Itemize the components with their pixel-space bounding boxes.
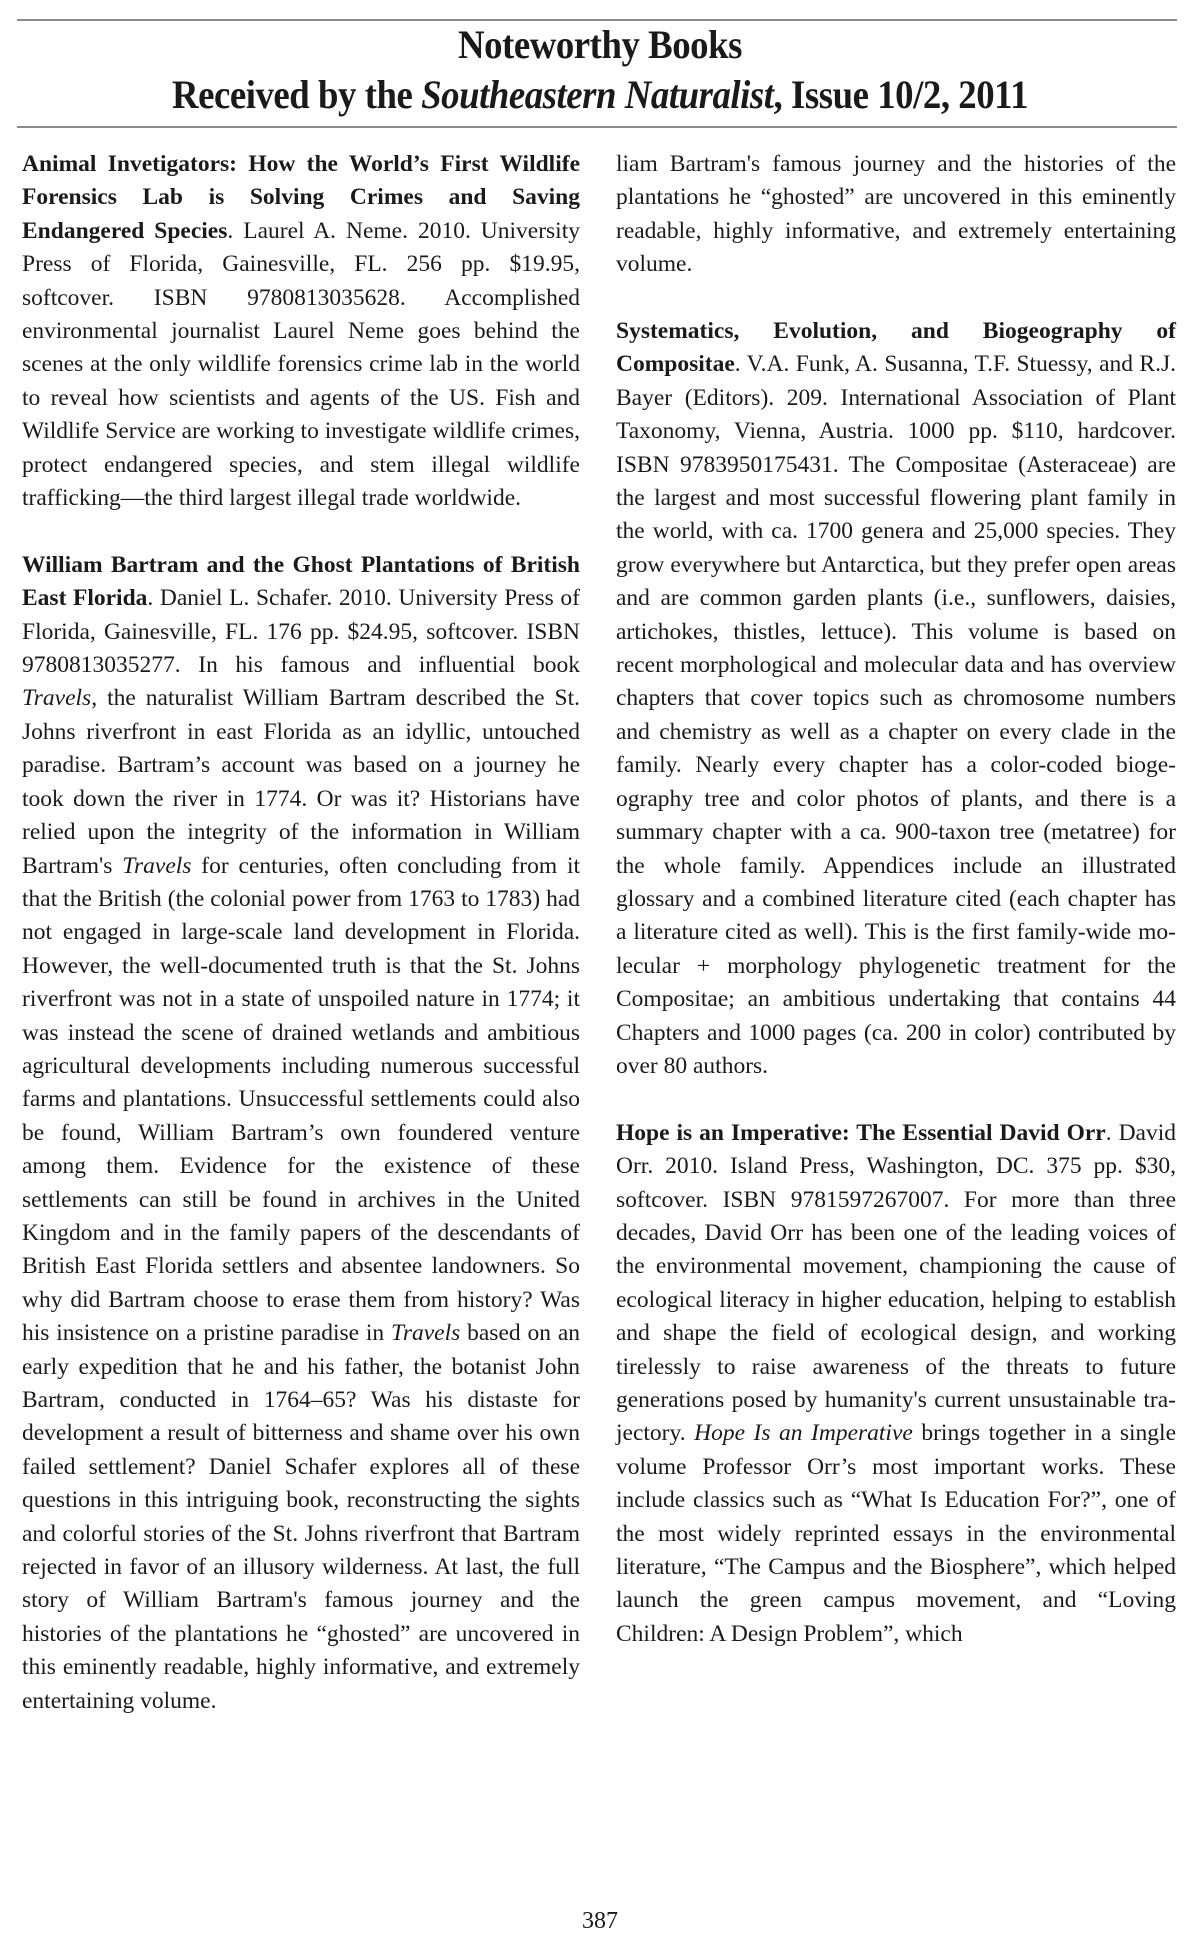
journal-name: Southeastern Naturalist — [421, 72, 773, 117]
book-description: brings together in a single volume Profe… — [616, 1420, 1176, 1646]
page-header: Noteworthy Books Received by the Southea… — [0, 20, 1200, 120]
book-title-reference: Travels — [391, 1320, 460, 1346]
book-entry-william-bartram: William Bartram and the Ghost Plantation… — [22, 549, 580, 1879]
book-description: , the naturalist William Bartram describ… — [22, 685, 580, 878]
book-description: In his famous and influential book — [181, 652, 580, 678]
book-description: for centuries, often conclud­ing from it… — [22, 853, 580, 1347]
book-description: Accomplished environmental journalist La… — [22, 285, 580, 511]
right-column: liam Bartram's famous journey and the hi… — [616, 148, 1176, 1685]
page-number: 387 — [0, 1908, 1200, 1935]
book-description: The Compositae (Asteraceae) are the larg… — [616, 452, 1176, 1079]
book-entry-william-bartram-continued: liam Bartram's famous journey and the hi… — [616, 148, 1176, 282]
subtitle-prefix: Received by the — [172, 72, 421, 117]
page-title: Noteworthy Books — [48, 20, 1152, 70]
page-subtitle: Received by the Southeastern Naturalist,… — [48, 70, 1152, 120]
book-entry-compositae: Systematics, Evolution, and Biogeography… — [616, 315, 1176, 1083]
book-entry-hope-is-an-imperative: Hope is an Imperative: The Essential Dav… — [616, 1117, 1176, 1652]
book-title-reference: Travels — [22, 685, 91, 711]
header-bottom-rule — [17, 126, 1177, 128]
subtitle-suffix: , Issue 10/2, 2011 — [774, 72, 1028, 117]
book-title-reference: Travels — [122, 853, 191, 879]
book-title-reference: Hope Is an Imperative — [694, 1420, 913, 1446]
book-entry-animal-investigators: Animal Invetigators: How the World’s Fir… — [22, 148, 580, 515]
book-description: based on an early expedition that he and… — [22, 1320, 580, 1713]
book-title: Hope is an Imperative: The Essential Dav… — [616, 1120, 1106, 1146]
left-column: Animal Invetigators: How the World’s Fir… — [22, 148, 580, 1879]
book-description: For more than three decades, David Orr h… — [616, 1187, 1176, 1447]
